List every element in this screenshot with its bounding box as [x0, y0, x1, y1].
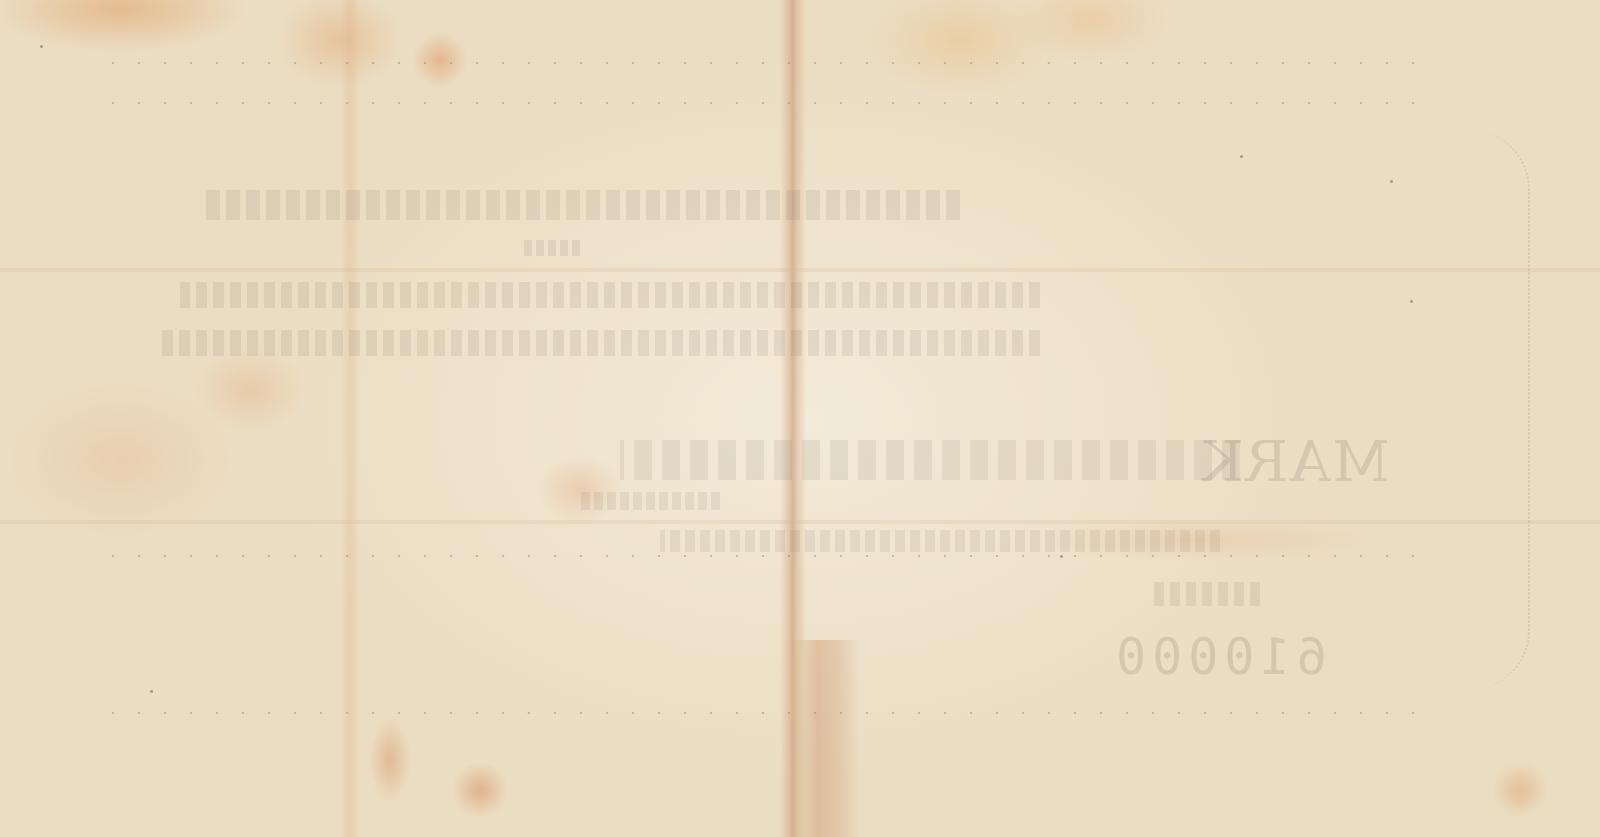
show-through-serial-number: 610000: [1110, 628, 1327, 686]
show-through-signature-line: [660, 530, 1220, 552]
paper-speck: [40, 45, 43, 48]
dotted-border-bottom: [100, 712, 1420, 714]
dotted-border-top: [100, 62, 1420, 64]
dotted-rule-middle: [100, 555, 1420, 557]
paper-speck: [1060, 555, 1063, 558]
show-through-denomination-word: MARK: [1200, 430, 1390, 495]
show-through-text-line-3: [180, 282, 1040, 308]
horizontal-fold-crease: [0, 520, 1600, 524]
paper-speck: [1390, 180, 1393, 183]
banknote-reverse: MARK 610000: [0, 0, 1600, 837]
show-through-text-line-4: [160, 330, 1040, 356]
show-through-text-line-2: [520, 240, 580, 256]
show-through-text-line-1: [200, 190, 960, 220]
show-through-date-line: [580, 492, 720, 510]
ornamental-border-right: [1438, 130, 1530, 690]
show-through-denomination-line: [620, 440, 1240, 480]
center-stain-streak: [790, 640, 860, 837]
show-through-series-label: [1150, 582, 1260, 606]
horizontal-fold-crease: [0, 268, 1600, 272]
dotted-border-top-inner: [100, 102, 1420, 104]
paper-speck: [150, 690, 153, 693]
paper-speck: [1240, 155, 1243, 158]
paper-speck: [1410, 300, 1413, 303]
